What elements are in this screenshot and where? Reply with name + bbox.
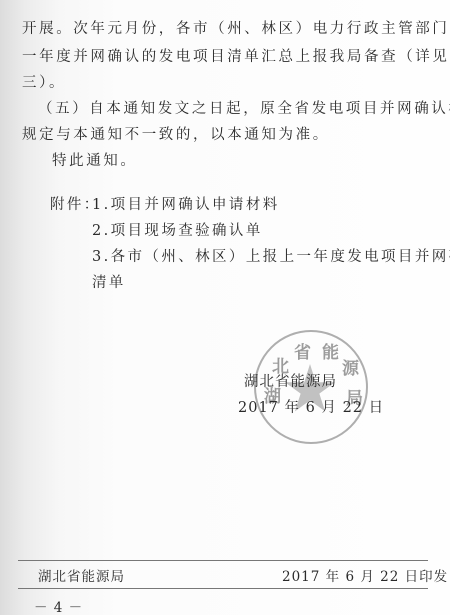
signature-date: 2017 年 6 月 22 日 — [238, 396, 384, 417]
footer-print-date: 2017 年 6 月 22 日印发 — [282, 565, 448, 585]
attachment-item: 1.项目并网确认申请材料 — [92, 196, 280, 214]
attachment-item: 3.各市（州、林区）上报上一年度发电项目并网确认 — [92, 248, 450, 266]
body-line: （五）自本通知发文之日起，原全省发电项目并网确认相关 — [38, 100, 450, 118]
seal-char: 能 — [322, 338, 339, 363]
seal-char: 源 — [342, 354, 359, 379]
body-line: 三）。 — [22, 74, 66, 92]
body-line: 开展。次年元月份，各市（州、林区）电力行政主管部门要将上 — [22, 20, 450, 38]
page-number: － 4 － — [34, 596, 83, 615]
footer-issuer: 湖北省能源局 — [38, 565, 125, 585]
attachment-item: 2.项目现场查验确认单 — [92, 222, 263, 240]
attachment-item: 清单 — [92, 274, 126, 292]
signature-issuer: 湖北省能源局 — [244, 370, 337, 391]
body-line: 规定与本通知不一致的，以本通知为准。 — [22, 126, 330, 144]
body-line: 一年度并网确认的发电项目清单汇总上报我局备查（详见附件 — [22, 48, 450, 66]
closing-line: 特此通知。 — [52, 152, 138, 170]
footer-bottom-rule — [18, 588, 428, 589]
footer-top-rule — [18, 560, 428, 561]
seal-char: 省 — [294, 338, 311, 363]
